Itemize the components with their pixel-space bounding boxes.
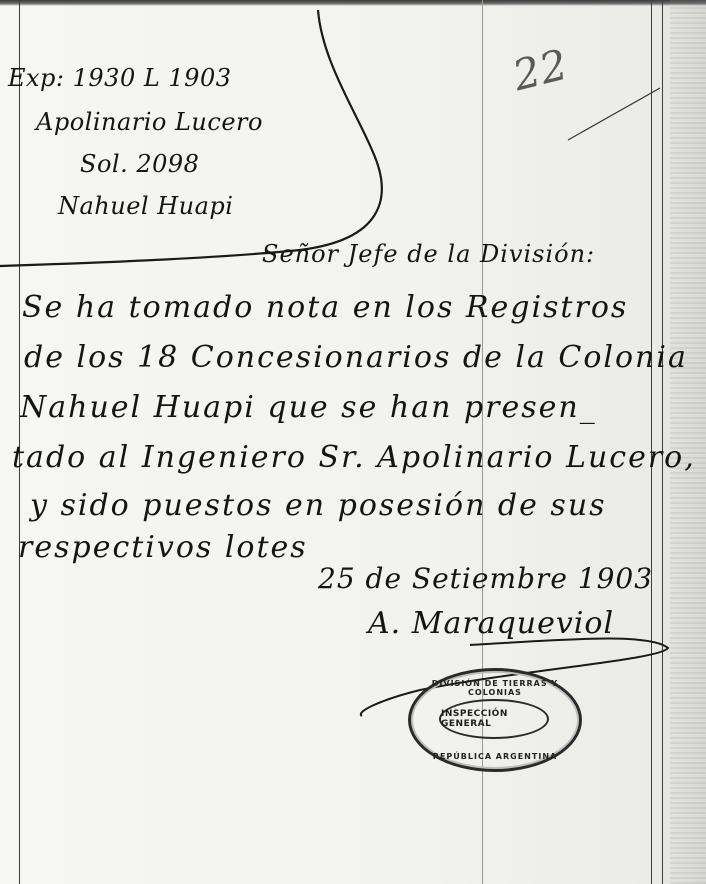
header-solicitud: Sol. 2098 [80,150,199,178]
stamp-inner-oval: INSPECCIÓN GENERAL [439,699,549,739]
body-line-2: de los 18 Concesionarios de la Colonia [24,340,688,375]
date-line: 25 de Setiembre 1903 [318,562,653,595]
body-line-5: y sido puestos en posesión de sus [30,488,607,523]
signature: A. Maraqueviol [368,606,614,641]
header-location: Nahuel Huapi [58,192,233,220]
body-line-4: tado al Ingeniero Sr. Apolinario Lucero, [12,440,696,475]
stamp-center-text: INSPECCIÓN GENERAL [441,709,547,729]
body-line-1: Se ha tomado nota en los Registros [22,290,628,325]
official-stamp: DIVISIÓN DE TIERRAS Y COLONIAS INSPECCIÓ… [408,668,582,772]
stamp-top-text: DIVISIÓN DE TIERRAS Y COLONIAS [411,679,579,697]
document-page: 22 Exp: 1930 L 1903 Apolinario Lucero So… [0,0,706,884]
body-line-3: Nahuel Huapi que se han presen_ [20,390,597,425]
salutation: Señor Jefe de la División: [262,240,595,268]
body-line-6: respectivos lotes [18,530,308,565]
header-name: Apolinario Lucero [36,108,263,136]
stamp-bottom-text: REPÚBLICA ARGENTINA [411,752,579,761]
header-expediente: Exp: 1930 L 1903 [8,64,231,92]
